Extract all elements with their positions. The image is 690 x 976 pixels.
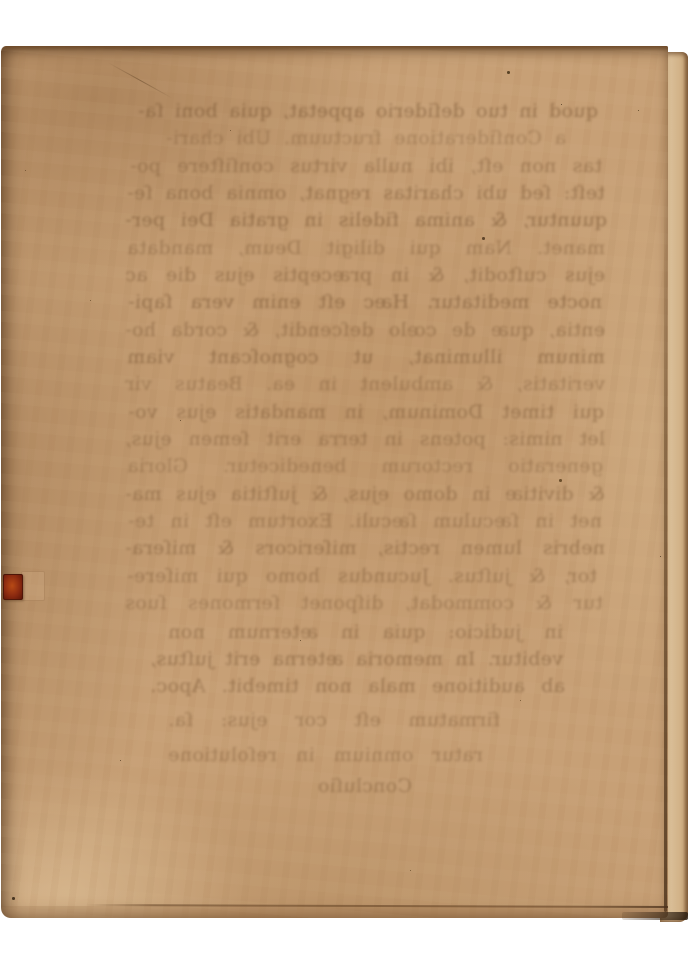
right-crease — [664, 190, 667, 912]
book-page — [1, 46, 668, 918]
page-top-edge — [1, 46, 668, 51]
bottom-right-edge-shadow — [622, 912, 688, 920]
paper-specks — [0, 0, 1, 1]
red-edge-mark — [3, 574, 23, 600]
scan-canvas: quod in tuo deſiderio appetat, quia boni… — [0, 0, 690, 976]
bottom-fold-band — [2, 906, 668, 918]
red-mark-offset-stain — [21, 571, 45, 601]
